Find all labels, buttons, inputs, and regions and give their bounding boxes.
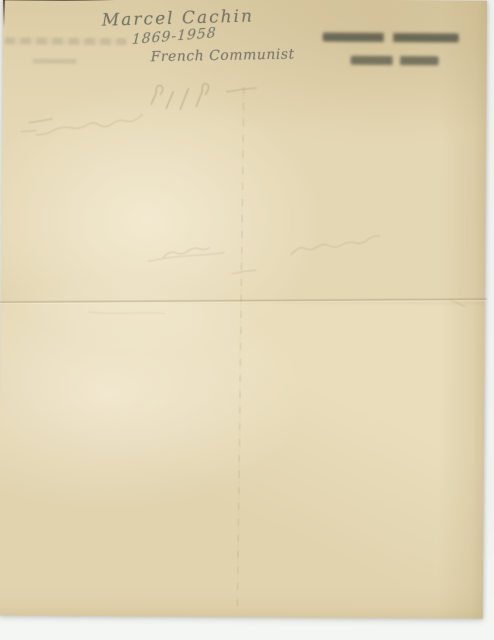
erased-stamp-ghost [33, 59, 77, 64]
letterhead-blurred-line-1 [323, 33, 459, 43]
handwriting-caption: French Communist [150, 46, 294, 65]
photo-background: Marcel Cachin 1869-1958 French Communist [0, 0, 494, 640]
vertical-fold-crease [236, 87, 244, 609]
handwriting-name: Marcel Cachin [102, 6, 255, 30]
letterhead-blurred-line-2 [351, 56, 439, 66]
horizontal-fold-crease [0, 298, 487, 305]
document-paper: Marcel Cachin 1869-1958 French Communist [0, 0, 487, 619]
scan-artifact-top-edge [3, 0, 115, 1]
scan-artifact-left-edge [3, 0, 5, 27]
erased-stamp-ghost [5, 37, 127, 45]
